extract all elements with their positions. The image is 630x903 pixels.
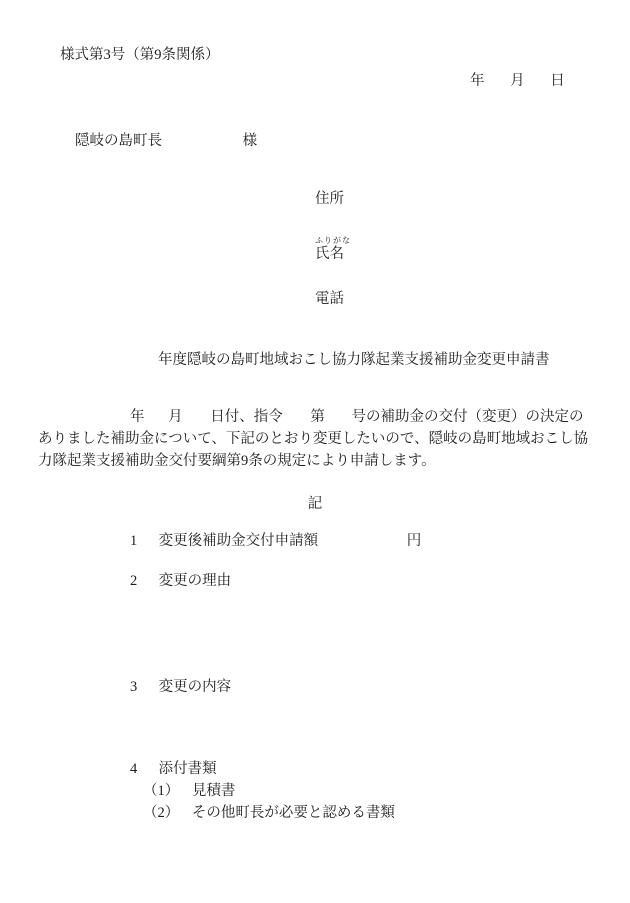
application-form-page: 様式第3号（第9条関係） 年 月 日 隠岐の島町長 様 住所 ふりがな 氏名 電… (0, 0, 630, 903)
item-4-sub-1-prefix: （1） (143, 783, 179, 799)
body-paragraph: 年 月 日付、指令 第 号の補助金の交付（変更）の決定の ありました補助金につい… (38, 406, 598, 472)
furigana-label: ふりがな (315, 236, 351, 246)
date-year-label: 年 (470, 73, 485, 89)
item-3-number: 3 (130, 679, 155, 696)
item-4-number: 4 (130, 761, 155, 778)
item-1-number: 1 (130, 533, 155, 550)
item-1-label: 変更後補助金交付申請額 (159, 533, 319, 549)
body-date-suffix: 日付、指令 (210, 406, 283, 428)
body-year-label: 年 (130, 409, 145, 425)
item-2-number: 2 (130, 573, 155, 590)
body-number-prefix: 第 (310, 406, 325, 428)
date-month-label: 月 (510, 73, 525, 90)
item-4-sub-2-label: その他町長が必要と認める書類 (192, 805, 395, 822)
date-line: 年 月 日 (470, 73, 565, 90)
item-4: 4 添付書類 (130, 761, 217, 778)
item-4-sub-2: （2） その他町長が必要と認める書類 (143, 805, 395, 822)
addressee-title: 隠岐の島町長 (75, 133, 162, 149)
item-2: 2 変更の理由 (130, 573, 231, 590)
item-3: 3 変更の内容 (130, 679, 231, 696)
record-marker: 記 (0, 496, 630, 513)
body-line-1-rest: 号の補助金の交付（変更）の決定の (352, 406, 584, 428)
body-line-1: 年 月 日付、指令 第 号の補助金の交付（変更）の決定の (38, 406, 598, 428)
addressee-line: 隠岐の島町長 様 (75, 133, 257, 150)
date-day-label: 日 (550, 73, 565, 90)
document-title: 年度隠岐の島町地域おこし協力隊起業支援補助金変更申請書 (158, 352, 550, 369)
body-line-3: 力隊起業支援補助金交付要綱第9条の規定により申請します。 (38, 450, 598, 472)
item-4-sub-1-label: 見積書 (192, 783, 236, 800)
item-1: 1 変更後補助金交付申請額 円 (130, 533, 421, 550)
item-3-label: 変更の内容 (159, 679, 232, 695)
item-4-sub-1: （1） 見積書 (143, 783, 235, 800)
item-4-label: 添付書類 (159, 761, 217, 777)
address-label: 住所 (315, 191, 344, 208)
item-2-label: 変更の理由 (159, 573, 232, 589)
body-month-label: 月 (168, 406, 183, 428)
item-4-sub-2-prefix: （2） (143, 805, 179, 821)
name-block: ふりがな 氏名 (315, 236, 351, 263)
name-label: 氏名 (315, 246, 351, 263)
phone-label: 電話 (315, 291, 344, 308)
form-number: 様式第3号（第9条関係） (60, 47, 220, 64)
item-1-unit: 円 (407, 533, 422, 550)
addressee-honorific: 様 (243, 133, 258, 150)
body-line-2: ありました補助金について、下記のとおり変更したいので、隠岐の島町地域おこし協 (38, 428, 598, 450)
